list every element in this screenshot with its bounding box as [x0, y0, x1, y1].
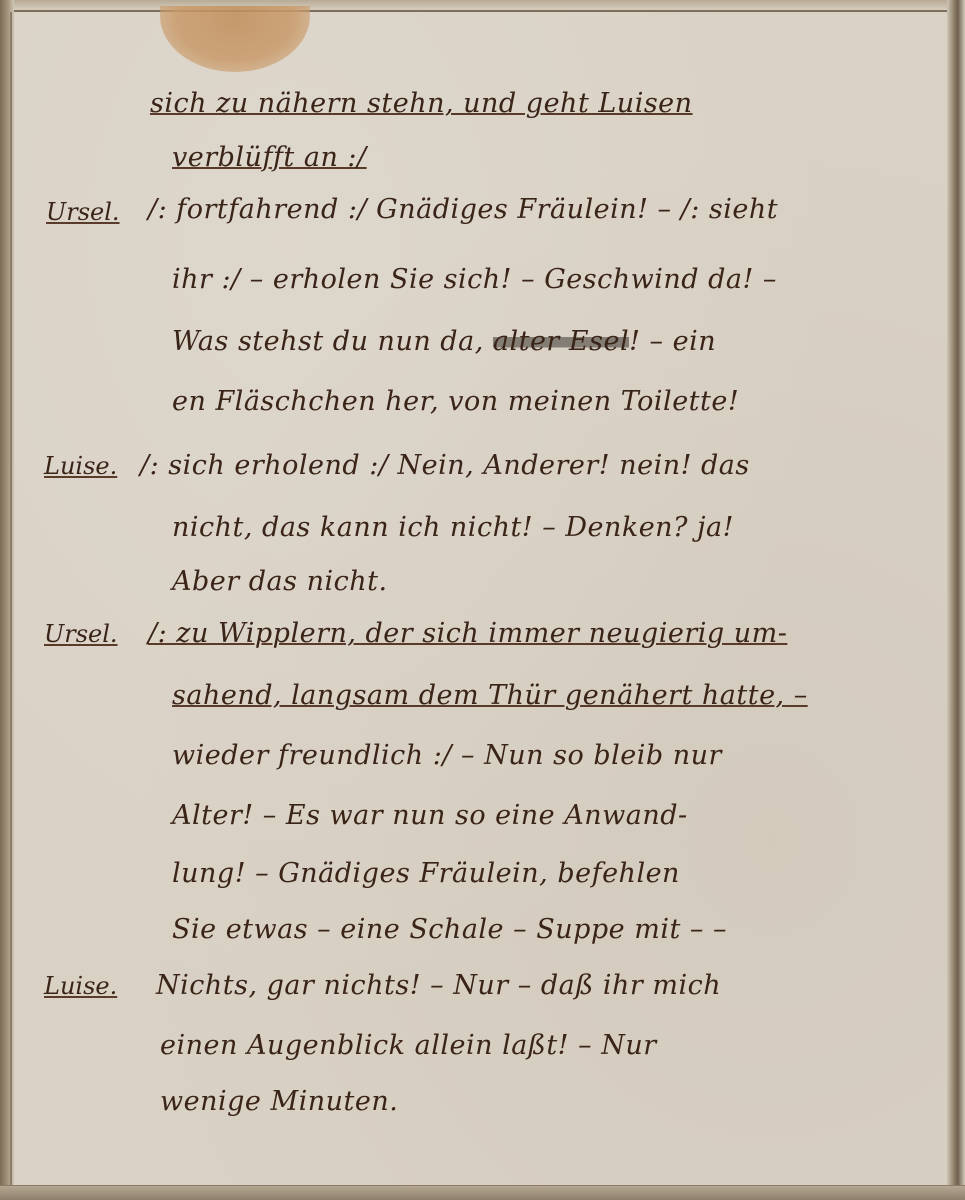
speaker-label: Luise. — [44, 452, 117, 480]
text-line-2: verblüfft an :/ — [172, 142, 367, 173]
page-left-edge-line — [10, 12, 12, 1187]
text-line-6: en Fläschchen her, von meinen Toilette! — [172, 386, 739, 417]
text-line-18: wenige Minuten. — [160, 1086, 398, 1117]
text-line-9: Aber das nicht. — [172, 566, 388, 597]
text-line-13: Alter! – Es war nun so eine Anwand- — [172, 800, 688, 831]
text-line-3: /: fortfahrend :/ Gnädiges Fräulein! – /… — [148, 194, 778, 225]
text-line-10: /: zu Wipplern, der sich immer neugierig… — [148, 618, 787, 649]
water-stain — [160, 6, 310, 72]
text-line-5-pre: Was stehst du nun da, — [172, 326, 493, 357]
text-line-1: sich zu nähern stehn, und geht Luisen — [150, 88, 693, 119]
struck-through-text: alter Esel — [493, 326, 629, 357]
page-bottom-edge — [0, 1185, 965, 1200]
text-line-15: Sie etwas – eine Schale – Suppe mit – – — [172, 914, 727, 945]
page-right-edge — [947, 0, 965, 1200]
text-line-5-post: ! – ein — [629, 326, 716, 357]
text-line-17: einen Augenblick allein laßt! – Nur — [160, 1030, 657, 1061]
text-line-11: sahend, langsam dem Thür genähert hatte,… — [172, 680, 808, 711]
text-line-8: nicht, das kann ich nicht! – Denken? ja! — [172, 512, 734, 543]
text-line-16: Nichts, gar nichts! – Nur – daß ihr mich — [156, 970, 721, 1001]
speaker-label: Ursel. — [46, 198, 120, 226]
text-line-12: wieder freundlich :/ – Nun so bleib nur — [172, 740, 722, 771]
speaker-label: Luise. — [44, 972, 117, 1000]
speaker-label: Ursel. — [44, 620, 118, 648]
text-line-4: ihr :/ – erholen Sie sich! – Geschwind d… — [172, 264, 777, 295]
text-line-5: Was stehst du nun da, alter Esel! – ein — [172, 326, 716, 357]
text-line-14: lung! – Gnädiges Fräulein, befehlen — [172, 858, 680, 889]
manuscript-page: sich zu nähern stehn, und geht Luisen ve… — [0, 0, 965, 1200]
page-top-edge — [0, 0, 965, 12]
text-line-7: /: sich erholend :/ Nein, Anderer! nein!… — [140, 450, 750, 481]
